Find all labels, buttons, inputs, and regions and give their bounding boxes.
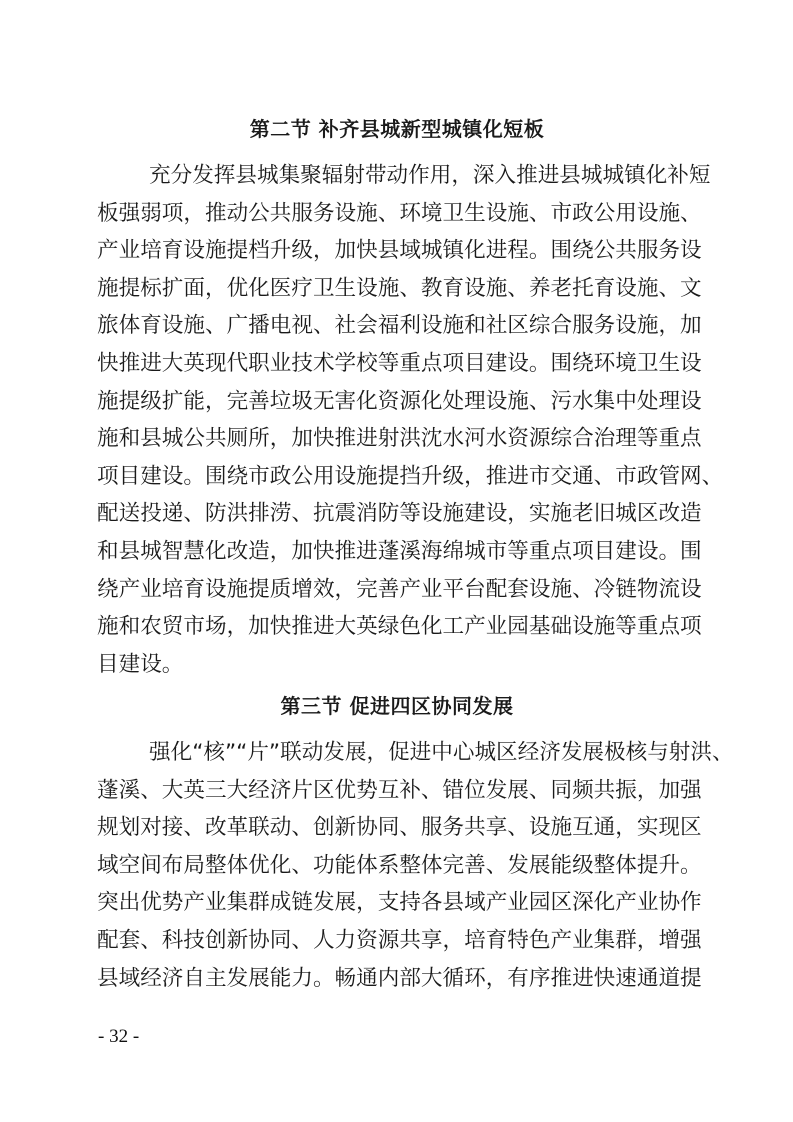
- paragraph-line: 施提标扩面，优化医疗卫生设施、教育设施、养老托育设施、文: [97, 270, 697, 308]
- paragraph-line: 板强弱项，推动公共服务设施、环境卫生设施、市政公用设施、: [97, 195, 697, 233]
- paragraph-line: 施和县城公共厕所，加快推进射洪沈水河水资源综合治理等重点: [97, 420, 697, 458]
- paragraph-line: 域空间布局整体优化、功能体系整体完善、发展能级整体提升。: [97, 847, 697, 885]
- paragraph-line: 目建设。: [97, 646, 697, 684]
- paragraph-line: 绕产业培育设施提质增效，完善产业平台配套设施、冷链物流设: [97, 571, 697, 609]
- paragraph-line: 快推进大英现代职业技术学校等重点项目建设。围绕环境卫生设: [97, 345, 697, 383]
- paragraph-line: 旅体育设施、广播电视、社会福利设施和社区综合服务设施，加: [97, 307, 697, 345]
- paragraph-line: 县域经济自主发展能力。畅通内部大循环，有序推进快速通道提: [97, 960, 697, 998]
- paragraph-line: 充分发挥县城集聚辐射带动作用，深入推进县城城镇化补短: [149, 157, 697, 195]
- page-number: - 32 -: [98, 1025, 139, 1049]
- paragraph-line: 产业培育设施提档升级，加快县域城镇化进程。围绕公共服务设: [97, 232, 697, 270]
- paragraph-line: 项目建设。围绕市政公用设施提挡升级，推进市交通、市政管网、: [97, 458, 697, 496]
- paragraph-line: 配送投递、防洪排涝、抗震消防等设施建设，实施老旧城区改造: [97, 495, 697, 533]
- paragraph-line: 规划对接、改革联动、创新协同、服务共享、设施互通，实现区: [97, 809, 697, 847]
- paragraph-line: 强化“核”“片”联动发展，促进中心城区经济发展极核与射洪、: [149, 734, 697, 772]
- section-heading-3: 第三节 促进四区协同发展: [97, 692, 697, 720]
- paragraph-line: 突出优势产业集群成链发展，支持各县域产业园区深化产业协作: [97, 884, 697, 922]
- section-heading-2: 第二节 补齐县城新型城镇化短板: [97, 115, 697, 143]
- paragraph-line: 施和农贸市场，加快推进大英绿色化工产业园基础设施等重点项: [97, 608, 697, 646]
- paragraph-line: 配套、科技创新协同、人力资源共享，培育特色产业集群，增强: [97, 922, 697, 960]
- paragraph-line: 蓬溪、大英三大经济片区优势互补、错位发展、同频共振，加强: [97, 772, 697, 810]
- paragraph-line: 和县城智慧化改造，加快推进蓬溪海绵城市等重点项目建设。围: [97, 533, 697, 571]
- paragraph-line: 施提级扩能，完善垃圾无害化资源化处理设施、污水集中处理设: [97, 383, 697, 421]
